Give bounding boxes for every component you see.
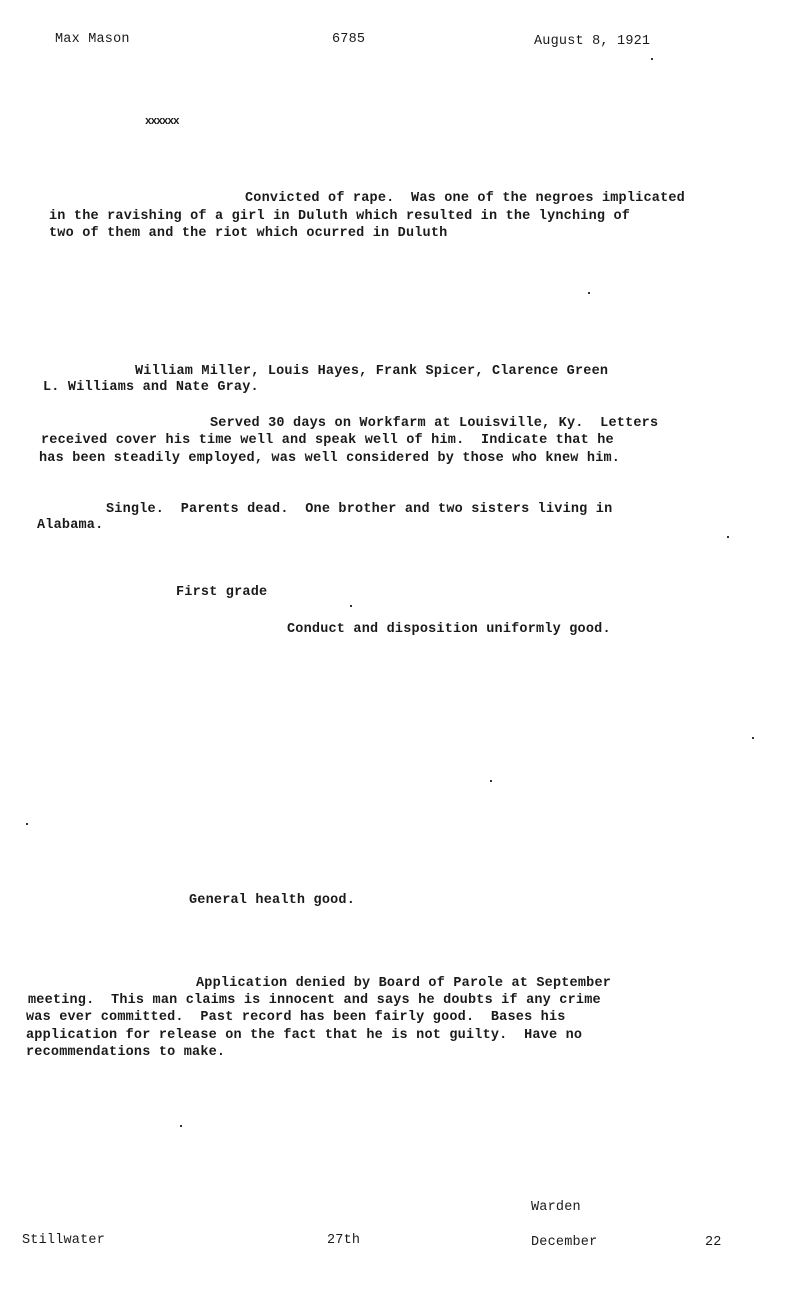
scan-speck xyxy=(26,823,28,825)
associates-line: L. Williams and Nate Gray. xyxy=(43,380,259,397)
remarks-line: meeting. This man claims is innocent and… xyxy=(28,993,601,1010)
offense-line: Convicted of rape. Was one of the negroe… xyxy=(245,191,685,208)
place-text: Stillwater xyxy=(22,1233,105,1250)
health-text: General health good. xyxy=(189,893,355,910)
scan-speck xyxy=(350,605,352,607)
day-text: 27th xyxy=(327,1233,360,1250)
remarks-line: recommendations to make. xyxy=(26,1045,225,1062)
year-text: 22 xyxy=(705,1235,722,1252)
month-text: December xyxy=(531,1235,597,1252)
redacted-mark: xxxxxx xyxy=(145,114,179,131)
family-line: Alabama. xyxy=(37,518,103,535)
scan-speck xyxy=(752,737,754,739)
scan-speck xyxy=(651,58,653,60)
record-line: Served 30 days on Workfarm at Louisville… xyxy=(210,416,658,433)
remarks-line: was ever committed. Past record has been… xyxy=(26,1010,566,1027)
remarks-line: application for release on the fact that… xyxy=(26,1028,582,1045)
inmate-name: Max Mason xyxy=(55,32,130,49)
signature-title: Warden xyxy=(531,1200,581,1217)
scan-speck xyxy=(490,780,492,782)
offense-line: in the ravishing of a girl in Duluth whi… xyxy=(49,209,630,226)
offense-line: two of them and the riot which ocurred i… xyxy=(49,226,447,243)
conduct-text: Conduct and disposition uniformly good. xyxy=(287,622,611,639)
grade-text: First grade xyxy=(176,585,267,602)
associates-line: William Miller, Louis Hayes, Frank Spice… xyxy=(135,364,608,381)
record-line: received cover his time well and speak w… xyxy=(41,433,614,450)
remarks-line: Application denied by Board of Parole at… xyxy=(196,976,611,993)
inmate-number: 6785 xyxy=(332,32,365,49)
scan-speck xyxy=(180,1125,182,1127)
scan-speck xyxy=(727,536,729,538)
scan-speck xyxy=(588,292,590,294)
record-date: August 8, 1921 xyxy=(534,34,650,51)
record-line: has been steadily employed, was well con… xyxy=(39,451,620,468)
family-line: Single. Parents dead. One brother and tw… xyxy=(106,502,612,519)
